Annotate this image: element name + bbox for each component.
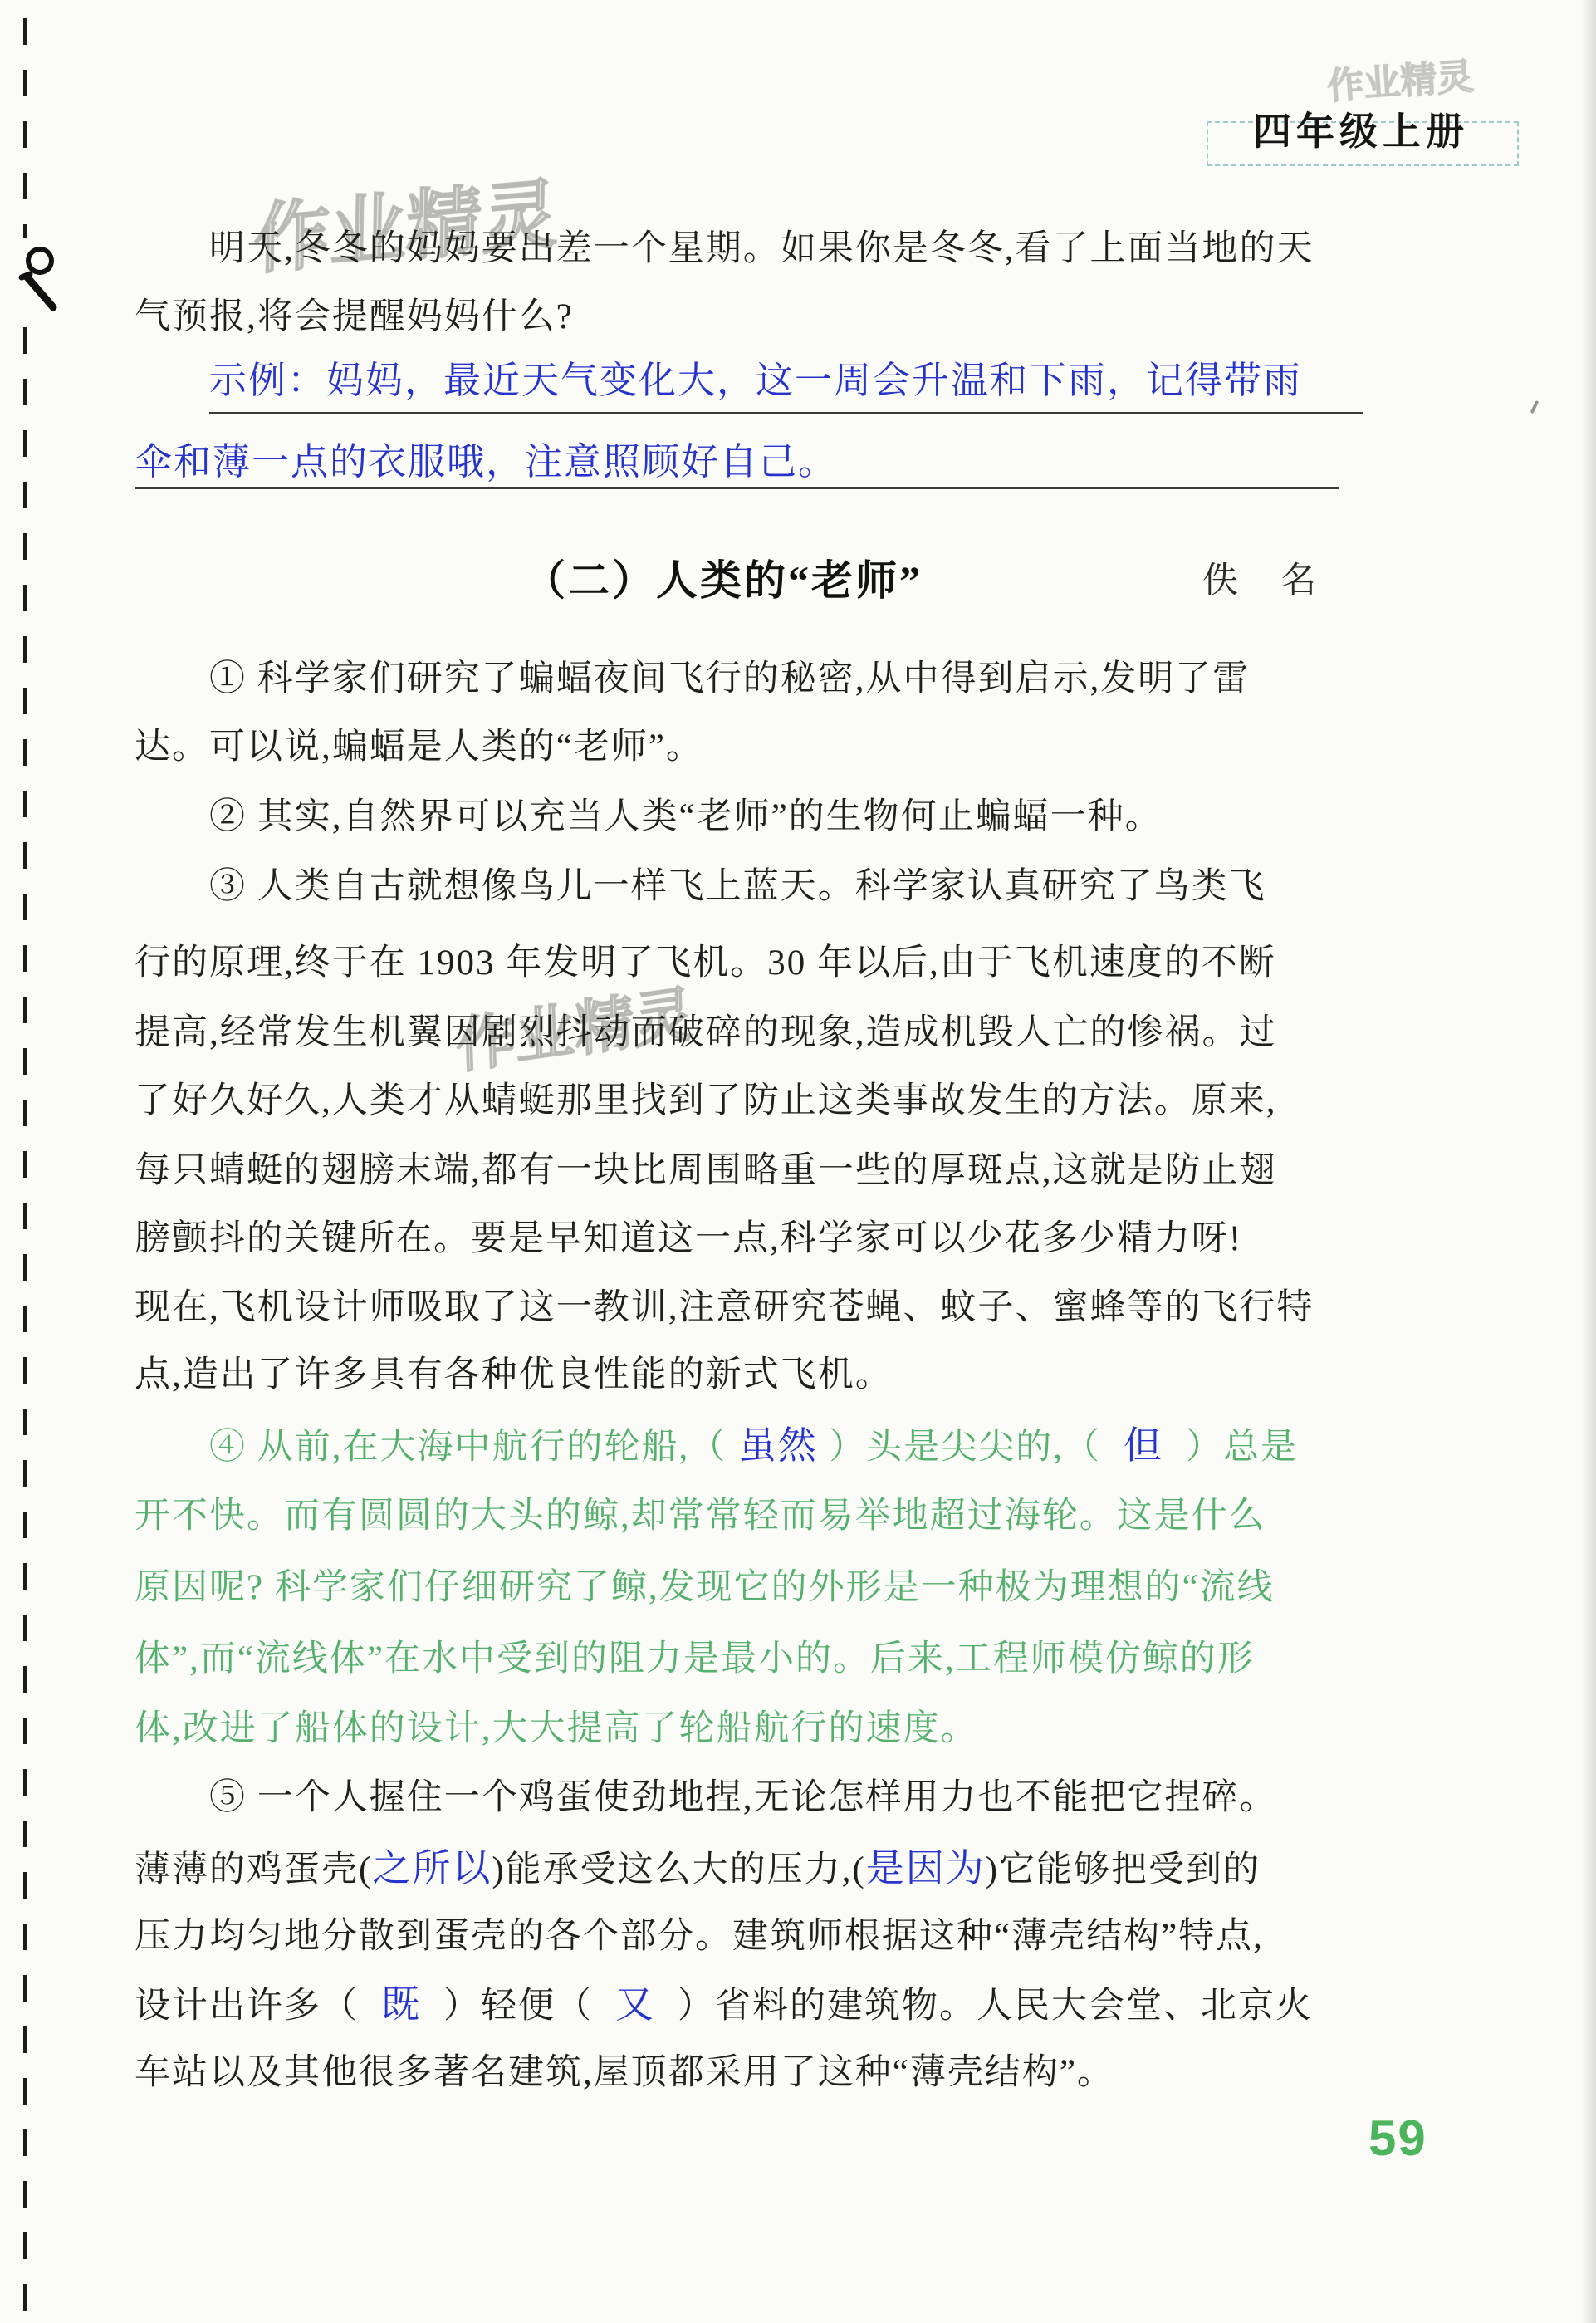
text-line: ④ 从前,在大海中航行的轮船,（ 虽然 ）头是尖尖的,（ 但 ）总是 [209,1424,1298,1470]
answer-text: 又 [593,1983,678,2026]
grade-header-label: 四年级上册 [1207,101,1515,156]
answer-underline [135,487,1339,489]
printed-text: ）头是尖尖的,（ [829,1428,1101,1467]
answer-text: 之所以 [372,1847,492,1889]
printed-text: 了好久好久,人类才从蜻蜓那里找到了防止这类事故发生的方法。原来, [135,1081,1277,1120]
stray-pen-mark [1530,400,1540,414]
text-line: 示例：妈妈，最近天气变化大，这一周会升温和下雨，记得带雨 [209,358,1302,403]
magnifier-icon [15,243,63,326]
printed-text: 每只蜻蜓的翅膀末端,都有一块比周围略重一些的厚斑点,这就是防止翅 [135,1151,1277,1190]
text-line: ⑤ 一个人握住一个鸡蛋使劲地捏,无论怎样用力也不能把它捏碎。 [209,1776,1277,1821]
printed-text: ）总是 [1186,1428,1298,1467]
printed-text: ⑤ 一个人握住一个鸡蛋使劲地捏,无论怎样用力也不能把它捏碎。 [209,1778,1277,1817]
printed-text: ）轻便（ [443,1987,593,2026]
printed-text: 车站以及其他很多著名建筑,屋顶都采用了这种“薄壳结构”。 [135,2053,1114,2092]
text-line: 薄薄的鸡蛋壳(之所以)能承受这么大的压力,(是因为)它能够把受到的 [135,1846,1261,1893]
printed-text: 薄薄的鸡蛋壳( [135,1850,372,1889]
text-line: 车站以及其他很多著名建筑,屋顶都采用了这种“薄壳结构”。 [135,2051,1114,2095]
printed-text: )能承受这么大的压力,( [492,1850,865,1889]
printed-text: 设计出许多（ [135,1987,359,2026]
text-line: 压力均匀地分散到蛋壳的各个部分。建筑师根据这种“薄壳结构”特点, [135,1914,1264,1959]
page-number: 59 [1368,2110,1427,2167]
text-line: 设计出许多（ 既 ）轻便（ 又 ）省料的建筑物。人民大会堂、北京火 [135,1982,1313,2029]
printed-text: 达。可以说,蝙蝠是人类的“老师”。 [135,728,703,767]
text-line: 体”,而“流线体”在水中受到的阻力是最小的。后来,工程师模仿鲸的形 [135,1637,1255,1682]
text-line: 开不快。而有圆圆的大头的鲸,却常常轻而易举地超过海轮。这是什么 [135,1494,1266,1539]
printed-text: ④ 从前,在大海中航行的轮船,（ [209,1428,727,1467]
answer-underline [209,412,1363,414]
passage-title: （二）人类的“老师” [110,547,1337,607]
text-line: 气预报,将会提醒妈妈什么? [135,295,574,340]
printed-text: 示例：妈妈，最近天气变化大，这一周会升温和下雨，记得带雨 [209,360,1302,401]
printed-text: 行的原理,终于在 1903 年发明了飞机。30 年以后,由于飞机速度的不断 [135,943,1276,983]
printed-text: 开不快。而有圆圆的大头的鲸,却常常轻而易举地超过海轮。这是什么 [135,1497,1266,1536]
text-line: ③ 人类自古就想像鸟儿一样飞上蓝天。科学家认真研究了鸟类飞 [209,865,1266,909]
printed-text: ② 其实,自然界可以充当人类“老师”的生物何止蝙蝠一种。 [209,797,1163,836]
text-line: 点,造出了许多具有各种优良性能的新式飞机。 [135,1353,893,1398]
text-line: 现在,飞机设计师吸取了这一教训,注意研究苍蝇、蚊子、蜜蜂等的飞行特 [135,1286,1314,1331]
text-line: ① 科学家们研究了蝙蝠夜间飞行的秘密,从中得到启示,发明了雷 [209,657,1250,702]
text-line: 每只蜻蜓的翅膀末端,都有一块比周围略重一些的厚斑点,这就是防止翅 [135,1149,1277,1193]
printed-text: 提高,经常发生机翼因剧烈抖动而破碎的现象,造成机毁人亡的惨祸。过 [135,1013,1277,1052]
printed-text: ③ 人类自古就想像鸟儿一样飞上蓝天。科学家认真研究了鸟类飞 [209,867,1266,906]
printed-text: 伞和薄一点的衣服哦，注意照顾好自己。 [135,441,837,483]
printed-text: 点,造出了许多具有各种优良性能的新式飞机。 [135,1355,893,1394]
watermark: 作业精灵 [1325,47,1475,110]
printed-text: ）省料的建筑物。人民大会堂、北京火 [678,1987,1313,2026]
printed-text: 原因呢? 科学家们仔细研究了鲸,发现它的外形是一种极为理想的“流线 [135,1568,1275,1607]
answer-text: 但 [1101,1424,1186,1467]
printed-text: 体,改进了船体的设计,大大提高了轮船航行的速度。 [135,1709,978,1748]
text-line: 达。可以说,蝙蝠是人类的“老师”。 [135,725,703,770]
text-line: 膀颤抖的关键所在。要是早知道这一点,科学家可以少花多少精力呀! [135,1217,1242,1262]
page-edge-shadow [1581,0,1596,2323]
text-line: 提高,经常发生机翼因剧烈抖动而破碎的现象,造成机毁人亡的惨祸。过 [135,1011,1277,1056]
printed-text: 现在,飞机设计师吸取了这一教训,注意研究苍蝇、蚊子、蜜蜂等的飞行特 [135,1288,1314,1327]
answer-text: 虽然 [727,1424,829,1467]
text-line: 原因呢? 科学家们仔细研究了鲸,发现它的外形是一种极为理想的“流线 [135,1566,1275,1610]
text-line: ② 其实,自然界可以充当人类“老师”的生物何止蝙蝠一种。 [209,795,1163,840]
printed-text: ① 科学家们研究了蝙蝠夜间飞行的秘密,从中得到启示,发明了雷 [209,659,1250,698]
answer-text: 既 [359,1983,443,2026]
text-line: 体,改进了船体的设计,大大提高了轮船航行的速度。 [135,1707,978,1752]
answer-text: 是因为 [866,1847,986,1889]
printed-text: 膀颤抖的关键所在。要是早知道这一点,科学家可以少花多少精力呀! [135,1219,1242,1258]
printed-text: 压力均匀地分散到蛋壳的各个部分。建筑师根据这种“薄壳结构”特点, [135,1917,1264,1956]
text-line: 明天,冬冬的妈妈要出差一个星期。如果你是冬冬,看了上面当地的天 [209,227,1314,272]
printed-text: )它能够把受到的 [986,1850,1261,1889]
text-line: 了好久好久,人类才从蜻蜓那里找到了防止这类事故发生的方法。原来, [135,1079,1277,1124]
workbook-page: { "page": { "header_label": "四年级上册", "wa… [0,0,1596,2323]
printed-text: 体”,而“流线体”在水中受到的阻力是最小的。后来,工程师模仿鲸的形 [135,1639,1255,1679]
passage-author: 佚 名 [1202,552,1319,603]
text-line: 行的原理,终于在 1903 年发明了飞机。30 年以后,由于飞机速度的不断 [135,941,1276,986]
printed-text: 明天,冬冬的妈妈要出差一个星期。如果你是冬冬,看了上面当地的天 [209,229,1314,268]
printed-text: 气预报,将会提醒妈妈什么? [135,297,574,336]
text-line: 伞和薄一点的衣服哦，注意照顾好自己。 [135,439,837,484]
binding-cut-line [23,18,27,2311]
